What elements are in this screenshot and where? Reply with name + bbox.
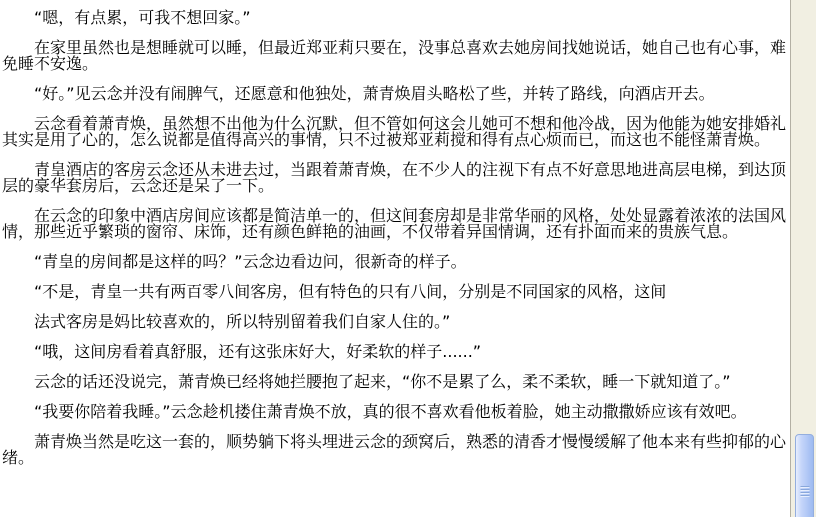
paragraph: “嗯，有点累，可我不想回家。” [2,10,788,26]
paragraph: 萧青焕当然是吃这一套的，顺势躺下将头埋进云念的颈窝后，熟悉的清香才慢慢缓解了他本… [2,434,788,466]
paragraph: 云念的话还没说完，萧青焕已经将她拦腰抱了起来，“你不是累了么，柔不柔软，睡一下就… [2,374,788,390]
text-viewer-page: “嗯，有点累，可我不想回家。”在家里虽然也是想睡就可以睡，但最近郑亚莉只要在，没… [0,0,816,517]
scrollbar-grip-icon [800,486,809,497]
scrollbar-thumb[interactable] [795,434,814,517]
paragraph: “青皇的房间都是这样的吗？”云念边看边问，很新奇的样子。 [2,254,788,270]
paragraph: 法式客房是妈比较喜欢的，所以特别留着我们自家人住的。” [2,314,788,330]
paragraph: “好。”见云念并没有闹脾气，还愿意和他独处，萧青焕眉头略松了些，并转了路线，向酒… [2,86,788,102]
paragraph: 在云念的印象中酒店房间应该都是简洁单一的，但这间套房却是非常华丽的风格，处处显露… [2,208,788,240]
paragraph: 青皇酒店的客房云念还从未进去过，当跟着萧青焕，在不少人的注视下有点不好意思地进高… [2,162,788,194]
document-text: “嗯，有点累，可我不想回家。”在家里虽然也是想睡就可以睡，但最近郑亚莉只要在，没… [0,0,788,517]
vertical-scrollbar[interactable] [790,0,816,517]
paragraph: 云念看着萧青焕，虽然想不出他为什么沉默，但不管如何这会儿她可不想和他冷战，因为他… [2,116,788,148]
paragraph: 在家里虽然也是想睡就可以睡，但最近郑亚莉只要在，没事总喜欢去她房间找她说话，她自… [2,40,788,72]
paragraph: “哦，这间房看着真舒服，还有这张床好大，好柔软的样子......” [2,344,788,360]
paragraph: “不是，青皇一共有两百零八间客房，但有特色的只有八间，分别是不同国家的风格，这间 [2,284,788,300]
paragraph: “我要你陪着我睡。”云念趁机搂住萧青焕不放，真的很不喜欢看他板着脸，她主动撒撒娇… [2,404,788,420]
